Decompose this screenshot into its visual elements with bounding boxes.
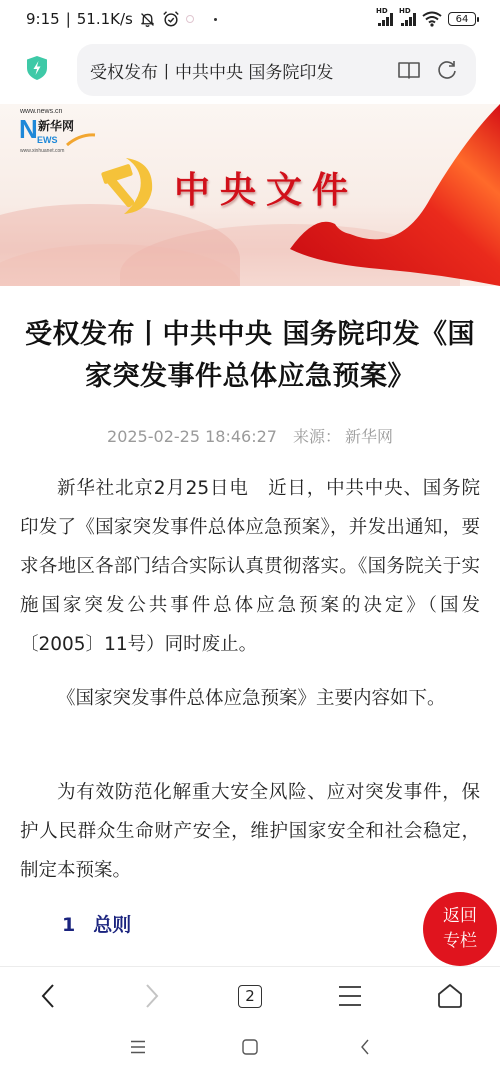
red-ribbon-graphic [280,104,500,286]
forward-button[interactable] [134,979,168,1013]
notification-dot-icon [186,15,194,23]
back-icon [359,1039,371,1055]
system-navigation-bar [0,1024,500,1069]
net-speed: 51.1K/s [77,10,133,28]
dot-icon [214,18,217,21]
article-banner-image: www.news.cn N 新华网 EWS www.xinhuanet.com … [0,104,500,286]
article-paragraph: 《国家突发事件总体应急预案》主要内容如下。 [20,679,480,718]
article-source: 新华网 [345,427,393,446]
section-heading: 1总则 [62,910,131,937]
status-bar: 9:15 | 51.1K/s HD HD 64 [0,0,500,38]
menu-button[interactable] [333,979,367,1013]
home-button[interactable] [433,979,467,1013]
status-separator: | [66,10,71,28]
source-label: 来源： [293,427,341,446]
signal-2-icon: HD [399,12,416,26]
section-title: 总则 [93,914,131,936]
tab-count-icon: 2 [238,985,262,1008]
refresh-icon[interactable] [435,58,459,82]
chevron-right-icon [140,983,162,1009]
section-number: 1 [62,914,75,936]
signal-1-icon: HD [376,12,393,26]
article-title: 受权发布丨中共中央 国务院印发《国家突发事件总体应急预案》 [24,314,476,398]
article-datetime: 2025-02-25 18:46:27 [107,427,277,446]
article-paragraph: 为有效防范化解重大安全风险、应对突发事件，保护人民群众生命财产安全，维护国家安全… [20,773,480,890]
address-page-title[interactable]: 受权发布丨中共中央 国务院印发 [90,58,366,83]
system-back-button[interactable] [352,1034,378,1060]
address-bar[interactable]: 受权发布丨中共中央 国务院印发 [77,44,476,96]
party-emblem-icon [96,154,158,218]
alarm-icon [162,10,180,28]
mute-bell-icon [139,11,156,28]
shield-bolt-icon[interactable] [26,55,48,81]
book-icon[interactable] [397,58,421,82]
xinhua-logo: www.news.cn N 新华网 EWS www.xinhuanet.com [18,108,90,158]
article-meta: 2025-02-25 18:46:27来源：新华网 [0,424,500,447]
tabs-button[interactable]: 2 [233,979,267,1013]
browser-address-row: 受权发布丨中共中央 国务院印发 [0,38,500,100]
recents-icon [130,1040,146,1054]
square-home-icon [242,1039,258,1055]
back-button[interactable] [32,979,66,1013]
chevron-left-icon [38,983,60,1009]
battery-indicator: 64 [448,12,476,26]
status-time: 9:15 [26,10,60,28]
recents-button[interactable] [125,1034,151,1060]
system-home-button[interactable] [237,1034,263,1060]
article-paragraph: 新华社北京2月25日电 近日，中共中央、国务院印发了《国家突发事件总体应急预案》… [20,469,480,664]
back-to-column-button[interactable]: 返回 专栏 [423,892,497,966]
hamburger-icon [338,985,362,1007]
home-icon [437,983,463,1009]
wifi-icon [422,11,442,27]
browser-toolbar: 2 [0,966,500,1024]
